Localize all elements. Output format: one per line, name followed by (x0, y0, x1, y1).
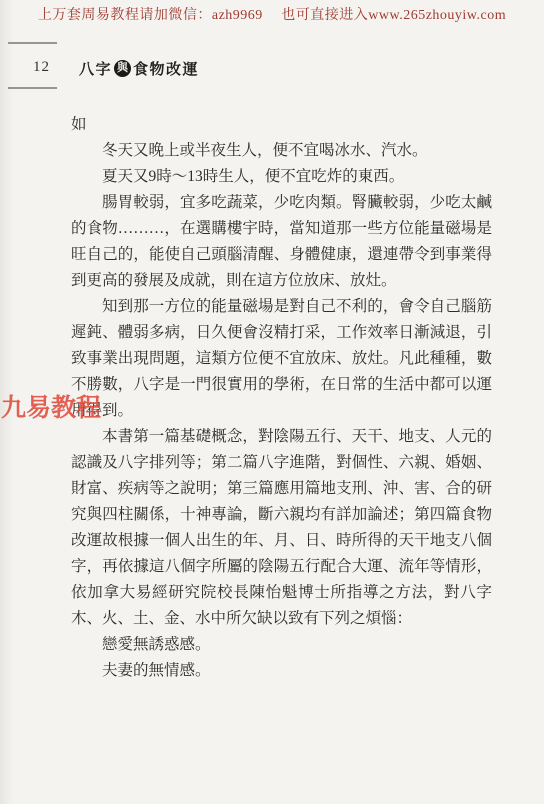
circled-character: 與 (114, 60, 131, 77)
paragraph-summer-line: 夏天又9時～13時生人，便不宜吃炸的東西。 (71, 164, 492, 190)
paragraph-spouse-item: 夫妻的無情感。 (71, 658, 492, 684)
promo-banner-text: 上万套周易教程请加微信：azh9969 也可直接进入www.265zhouyiw… (0, 4, 544, 24)
chapter-title-suffix: 食物改運 (133, 58, 199, 79)
paragraph-intro: 如 (71, 112, 492, 138)
header-rule-bottom (8, 87, 57, 89)
header-rule-top (8, 42, 57, 44)
book-page: 上万套周易教程请加微信：azh9969 也可直接进入www.265zhouyiw… (0, 0, 544, 804)
paragraph-love-item: 戀愛無誘惑感。 (71, 632, 492, 658)
page-number: 12 (33, 59, 50, 76)
paragraph-stomach: 腸胃較弱，宜多吃蔬菜，少吃肉類。腎臟較弱，少吃太鹹的食物………，在選購樓宇時，當… (71, 190, 492, 294)
body-text: 如 冬天又晚上或半夜生人，便不宜喝冰水、汽水。 夏天又9時～13時生人，便不宜吃… (71, 112, 492, 684)
watermark-text: 九易教程 (1, 388, 101, 424)
chapter-title-prefix: 八字 (79, 58, 112, 79)
paragraph-direction: 知到那一方位的能量磁場是對自己不利的，會令自己腦筋遲鈍、體弱多病，日久便會沒精打… (71, 294, 492, 424)
paragraph-winter-line: 冬天又晚上或半夜生人，便不宜喝冰水、汽水。 (71, 138, 492, 164)
paragraph-book-overview: 本書第一篇基礎概念，對陰陽五行、天干、地支、人元的認識及八字排列等；第二篇八字進… (71, 424, 492, 632)
chapter-title: 八字 與 食物改運 (79, 58, 199, 79)
